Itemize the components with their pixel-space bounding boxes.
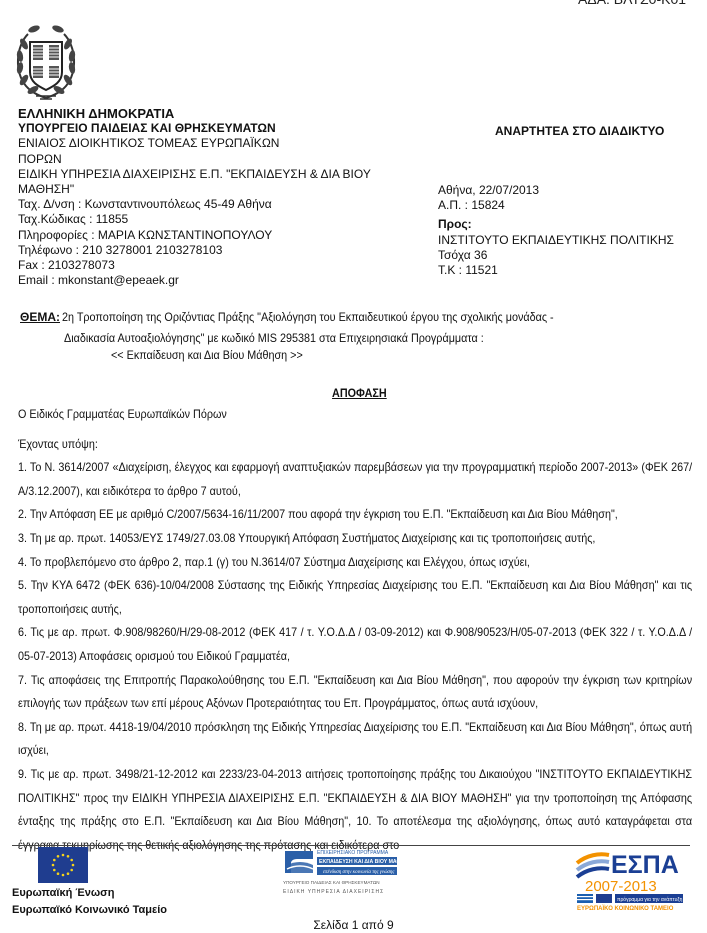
recipient-street: Τσόχα 36 <box>438 248 674 263</box>
date-recipient-block: Αθήνα, 22/07/2013 Α.Π. : 15824 Προς: ΙΝΣ… <box>438 183 674 278</box>
sender-address: Ταχ. Δ/νση : Κωνσταντινουπόλεως 45-49 Αθ… <box>18 197 371 212</box>
considering-item: 4. Το προβλεπόμενο στο άρθρο 2, παρ.1 (γ… <box>18 551 692 575</box>
svg-text:επένδυση στην κοινωνία της γνώ: επένδυση στην κοινωνία της γνώσης <box>323 870 395 875</box>
considering-item: 9. Τις με αρ. πρωτ. 3498/21-12-2012 και … <box>18 763 692 857</box>
sender-postal-code: Ταχ.Κώδικας : 11855 <box>18 212 371 227</box>
greek-coat-of-arms-icon <box>14 20 78 104</box>
considering-item: 2. Την Απόφαση ΕΕ με αριθμό C/2007/5634-… <box>18 503 692 527</box>
considering-item: 5. Την ΚΥΑ 6472 (ΦΕΚ 636)-10/04/2008 Σύσ… <box>18 574 692 621</box>
service-line-2: ΜΑΘΗΣΗ" <box>18 182 371 197</box>
issuer-line: Ο Ειδικός Γραμματέας Ευρωπαϊκών Πόρων <box>18 403 692 427</box>
ministry-name: ΥΠΟΥΡΓΕΙΟ ΠΑΙΔΕΙΑΣ ΚΑΙ ΘΡΗΣΚΕΥΜΑΤΩΝ <box>18 121 371 136</box>
eu-caption: Ευρωπαϊκή Ένωση Ευρωπαϊκό Κοινωνικό Ταμε… <box>12 885 167 919</box>
svg-text:ΕΥΡΩΠΑΪΚΟ ΚΟΙΝΩΝΙΚΟ ΤΑΜΕΙΟ: ΕΥΡΩΠΑΪΚΟ ΚΟΙΝΩΝΙΚΟ ΤΑΜΕΙΟ <box>577 905 674 911</box>
considering-item: 1. Το Ν. 3614/2007 «Διαχείριση, έλεγχος … <box>18 456 692 503</box>
date-line: Αθήνα, 22/07/2013 <box>438 183 674 198</box>
sector-line-1: ΕΝΙΑΙΟΣ ΔΙΟΙΚΗΤΙΚΟΣ ΤΟΜΕΑΣ ΕΥΡΩΠΑΪΚΩΝ <box>18 136 371 151</box>
svg-text:ΕΚΠΑΙΔΕΥΣΗ ΚΑΙ ΔΙΑ ΒΙΟΥ ΜΑΘΗΣΗ: ΕΚΠΑΙΔΕΥΣΗ ΚΑΙ ΔΙΑ ΒΙΟΥ ΜΑΘΗΣΗ <box>319 859 411 865</box>
decision-title: ΑΠΟΦΑΣΗ <box>0 386 707 400</box>
country-name: ΕΛΛΗΝΙΚΗ ΔΗΜΟΚΡΑΤΙΑ <box>18 106 371 121</box>
considering-item: 3. Τη με αρ. πρωτ. 14053/ΕΥΣ 1749/27.03.… <box>18 527 692 551</box>
sector-line-2: ΠΟΡΩΝ <box>18 152 371 167</box>
sender-block: ΕΛΛΗΝΙΚΗ ΔΗΜΟΚΡΑΤΙΑ ΥΠΟΥΡΓΕΙΟ ΠΑΙΔΕΙΑΣ Κ… <box>18 106 371 288</box>
subject-line-1: 2η Τροποποίηση της Οριζόντιας Πράξης "Αξ… <box>62 310 554 324</box>
svg-text:ΕΣΠΑ: ΕΣΠΑ <box>611 851 679 879</box>
decision-title-text: ΑΠΟΦΑΣΗ <box>332 386 387 400</box>
eu-caption-line-2: Ευρωπαϊκό Κοινωνικό Ταμείο <box>12 902 167 919</box>
subject-block: ΘΕΜΑ: 2η Τροποποίηση της Οριζόντιας Πράξ… <box>20 310 700 324</box>
recipient-label: Προς: <box>438 217 674 232</box>
subject-line-3: << Εκπαίδευση και Δια Βίου Μάθηση >> <box>111 348 303 362</box>
svg-text:2007-2013: 2007-2013 <box>585 878 657 895</box>
considering-item: 8. Τη με αρ. πρωτ. 4418-19/04/2010 πρόσκ… <box>18 716 692 763</box>
considering-item: 6. Τις με αρ. πρωτ. Φ.908/98260/Η/29-08-… <box>18 621 692 668</box>
svg-text:ΕΙΔΙΚΗ ΥΠΗΡΕΣΙΑ ΔΙΑΧΕΙΡΙΣΗΣ: ΕΙΔΙΚΗ ΥΠΗΡΕΣΙΑ ΔΙΑΧΕΙΡΙΣΗΣ <box>283 889 384 895</box>
sender-email: Email : mkonstant@epeaek.gr <box>18 273 371 288</box>
recipient-postal-code: Τ.Κ : 11521 <box>438 263 674 278</box>
considering-item: 7. Τις αποφάσεις της Επιτροπής Παρακολού… <box>18 669 692 716</box>
page-number-text: Σελίδα 1 από 9 <box>313 918 393 932</box>
sender-info-contact: Πληροφορίες : ΜΑΡΙΑ ΚΩΝΣΤΑΝΤΙΝΟΠΟΥΛΟΥ <box>18 228 371 243</box>
footer-divider <box>12 845 690 846</box>
sender-phone: Τηλέφωνο : 210 3278001 2103278103 <box>18 243 371 258</box>
decision-body: Ο Ειδικός Γραμματέας Ευρωπαϊκών Πόρων Έχ… <box>18 403 692 857</box>
eu-flag-icon <box>38 847 88 883</box>
subject-line-2: Διαδικασία Αυτοαξιολόγησης" με κωδικό MI… <box>64 331 484 345</box>
svg-text:ΥΠΟΥΡΓΕΙΟ ΠΑΙΔΕΙΑΣ ΚΑΙ ΘΡΗΣΚΕΥ: ΥΠΟΥΡΓΕΙΟ ΠΑΙΔΕΙΑΣ ΚΑΙ ΘΡΗΣΚΕΥΜΑΤΩΝ <box>283 880 380 885</box>
sender-fax: Fax : 2103278073 <box>18 258 371 273</box>
ada-code: ΑΔΑ: ΒΛΤΣ0-Κ01 <box>578 0 686 7</box>
recipient-name: ΙΝΣΤΙΤΟΥΤΟ ΕΚΠΑΙΔΕΥΤΙΚΗΣ ΠΟΛΙΤΙΚΗΣ <box>438 233 674 248</box>
service-line-1: ΕΙΔΙΚΗ ΥΠΗΡΕΣΙΑ ΔΙΑΧΕΙΡΙΣΗΣ Ε.Π. "ΕΚΠΑΙΔ… <box>18 167 371 182</box>
svg-text:πρόγραμμα για την ανάπτυξη: πρόγραμμα για την ανάπτυξη <box>617 896 683 903</box>
page-number: Σελίδα 1 από 9 <box>0 918 707 932</box>
considering-label: Έχοντας υπόψη: <box>18 433 692 457</box>
ep-education-logo: ΕΠΙΧΕΙΡΗΣΙΑΚΟ ΠΡΟΓΡΑΜΜΑ ΕΚΠΑΙΔΕΥΣΗ ΚΑΙ Δ… <box>283 847 423 907</box>
svg-text:ΕΠΙΧΕΙΡΗΣΙΑΚΟ ΠΡΟΓΡΑΜΜΑ: ΕΠΙΧΕΙΡΗΣΙΑΚΟ ΠΡΟΓΡΑΜΜΑ <box>317 850 389 856</box>
espa-logo: ΕΣΠΑ 2007-2013 πρόγραμμα για την ανάπτυξ… <box>575 849 685 911</box>
posting-note: ΑΝΑΡΤΗΤΕΑ ΣΤΟ ΔΙΑΔΙΚΤΥΟ <box>495 124 664 138</box>
protocol-number: Α.Π. : 15824 <box>438 198 674 213</box>
eu-caption-line-1: Ευρωπαϊκή Ένωση <box>12 885 167 902</box>
subject-label: ΘΕΜΑ: <box>20 310 60 324</box>
